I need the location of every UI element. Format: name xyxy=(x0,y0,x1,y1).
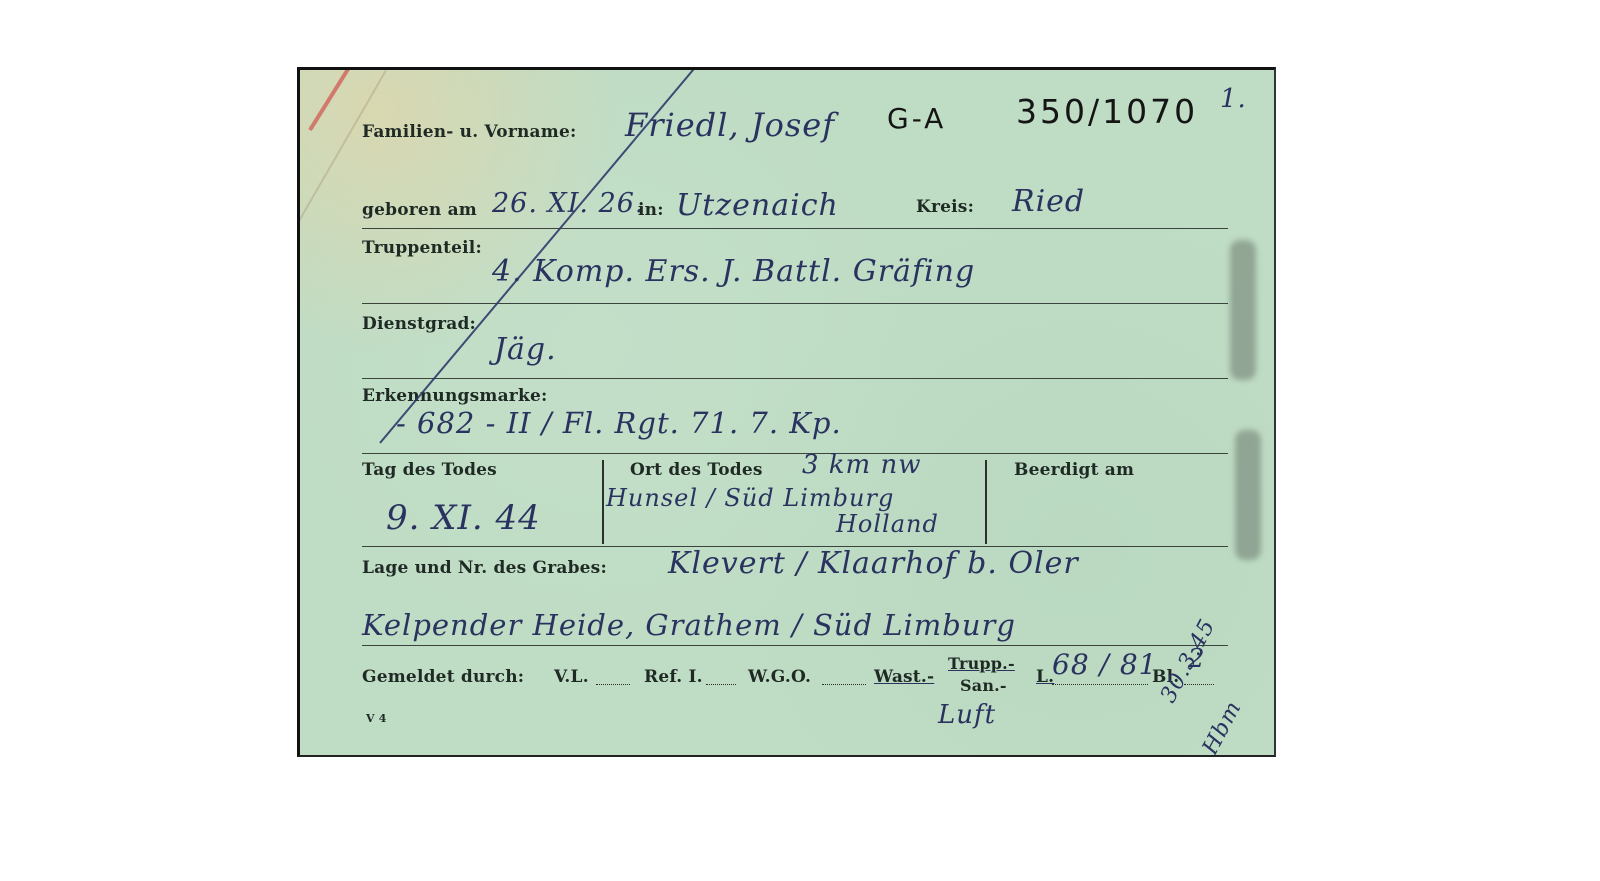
reported-wgo: W.G.O. xyxy=(748,667,811,687)
reported-vl: V.L. xyxy=(554,667,589,687)
unit-value: 4. Komp. Ers. J. Battl. Gräfing xyxy=(492,254,975,289)
reported-trupp: Trupp.- xyxy=(948,654,1015,673)
death-place-line3: Holland xyxy=(836,510,939,538)
death-date-label: Tag des Todes xyxy=(362,460,497,480)
id-tag-value: - 682 - II / Fl. Rgt. 71. 7. Kp. xyxy=(396,406,842,440)
name-label: Familien- u. Vorname: xyxy=(362,122,576,142)
death-place-line2: Hunsel / Süd Limburg xyxy=(606,484,894,512)
death-place-line1: 3 km nw xyxy=(802,450,921,480)
divider xyxy=(362,378,1228,379)
dotted-leader xyxy=(1052,684,1148,685)
reported-by-label: Gemeldet durch: xyxy=(362,667,524,687)
column-divider xyxy=(985,460,987,544)
reported-l-value: 68 / 81 xyxy=(1052,648,1158,681)
column-divider xyxy=(602,460,604,544)
buried-label: Beerdigt am xyxy=(1014,460,1134,480)
red-pencil-mark xyxy=(308,67,359,131)
birth-place-label: in: xyxy=(638,200,664,220)
file-suffix: 1. xyxy=(1220,84,1247,114)
district-value: Ried xyxy=(1012,184,1085,219)
grave-line1: Klevert / Klaarhof b. Oler xyxy=(668,546,1079,581)
rank-label: Dienstgrad: xyxy=(362,314,476,334)
birth-place-value: Utzenaich xyxy=(676,188,839,223)
file-number: 350/1070 xyxy=(1016,92,1198,131)
death-record-card: Familien- u. Vorname: Friedl, Josef G-A … xyxy=(297,67,1276,757)
rank-value: Jäg. xyxy=(494,332,557,367)
grave-label: Lage und Nr. des Grabes: xyxy=(362,558,607,578)
id-tag-label: Erkennungsmarke: xyxy=(362,386,547,406)
divider xyxy=(362,645,1228,646)
annotation-date: 30.3.45 xyxy=(1156,615,1221,707)
divider xyxy=(362,453,1228,454)
birth-date-label: geboren am xyxy=(362,200,477,220)
grave-line2: Kelpender Heide, Grathem / Süd Limburg xyxy=(362,608,1016,642)
dotted-leader xyxy=(822,684,866,685)
birth-date-value: 26. XI. 26. xyxy=(492,188,645,219)
death-place-label: Ort des Todes xyxy=(630,460,763,480)
annotation-initials: Hbm xyxy=(1198,697,1247,757)
reported-ref: Ref. I. xyxy=(644,667,703,687)
dotted-leader xyxy=(596,684,630,685)
reported-san: San.- xyxy=(960,676,1007,695)
unit-label: Truppenteil: xyxy=(362,238,482,258)
divider xyxy=(362,228,1228,229)
reported-luft: Luft xyxy=(938,700,996,730)
stain-mark xyxy=(1230,240,1256,380)
stain-mark xyxy=(1235,430,1261,560)
district-label: Kreis: xyxy=(916,197,974,217)
divider xyxy=(362,303,1228,304)
death-date-value: 9. XI. 44 xyxy=(386,498,541,538)
dotted-leader xyxy=(706,684,736,685)
form-code: V 4 xyxy=(366,712,387,725)
reported-wast: Wast.- xyxy=(874,667,934,687)
stamp-prefix: G-A xyxy=(887,102,946,135)
